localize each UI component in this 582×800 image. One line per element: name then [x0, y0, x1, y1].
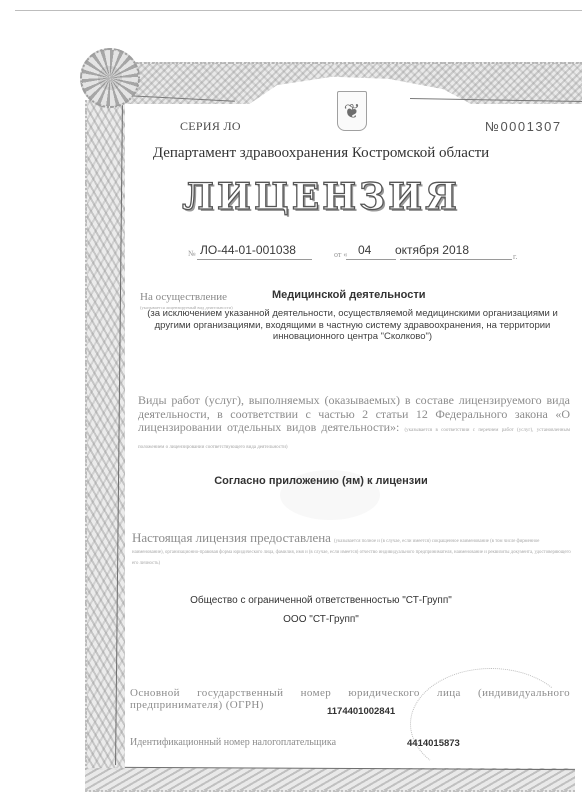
works-value: Согласно приложению (ям) к лицензии — [0, 475, 582, 487]
activity-label: На осуществление — [140, 291, 227, 303]
organization-short-name: ООО "СТ-Групп" — [0, 614, 582, 625]
coat-of-arms-icon: ❦ — [337, 91, 367, 131]
works-paragraph: Виды работ (услуг), выполняемых (оказыва… — [138, 394, 570, 454]
license-number: ЛО-44-01-001038 — [200, 243, 296, 257]
document-title: ЛИЦЕНЗИЯ — [0, 176, 582, 218]
granted-paragraph: Настоящая лицензия предоставлена (указыв… — [132, 533, 572, 567]
granted-label: Настоящая лицензия предоставлена — [132, 530, 331, 545]
inn-value: 4414015873 — [407, 738, 460, 749]
inn-label: Идентификационный номер налогоплательщик… — [130, 737, 336, 748]
scan-edge-line — [15, 10, 582, 11]
issuing-authority: Департамент здравоохранения Костромской … — [0, 145, 582, 162]
underline — [197, 259, 312, 260]
official-stamp — [410, 668, 572, 780]
license-number-mark: № — [188, 249, 196, 258]
license-series: СЕРИЯ ЛО — [180, 119, 241, 134]
underline — [400, 259, 512, 260]
ogrn-value: 1174401002841 — [327, 706, 395, 717]
date-from-mark: от « — [334, 250, 347, 259]
rosette-ornament-icon — [80, 48, 140, 108]
activity-value: Медицинской деятельности — [272, 289, 425, 301]
license-day: 04 — [358, 243, 371, 257]
form-number: №0001307 — [485, 119, 562, 134]
year-mark: г. — [513, 252, 517, 261]
underline — [346, 259, 396, 260]
activity-exception-note: (за исключением указанной деятельности, … — [140, 308, 565, 343]
license-month-year: октября 2018 — [395, 243, 469, 257]
organization-full-name: Общество с ограниченной ответственностью… — [0, 595, 582, 606]
